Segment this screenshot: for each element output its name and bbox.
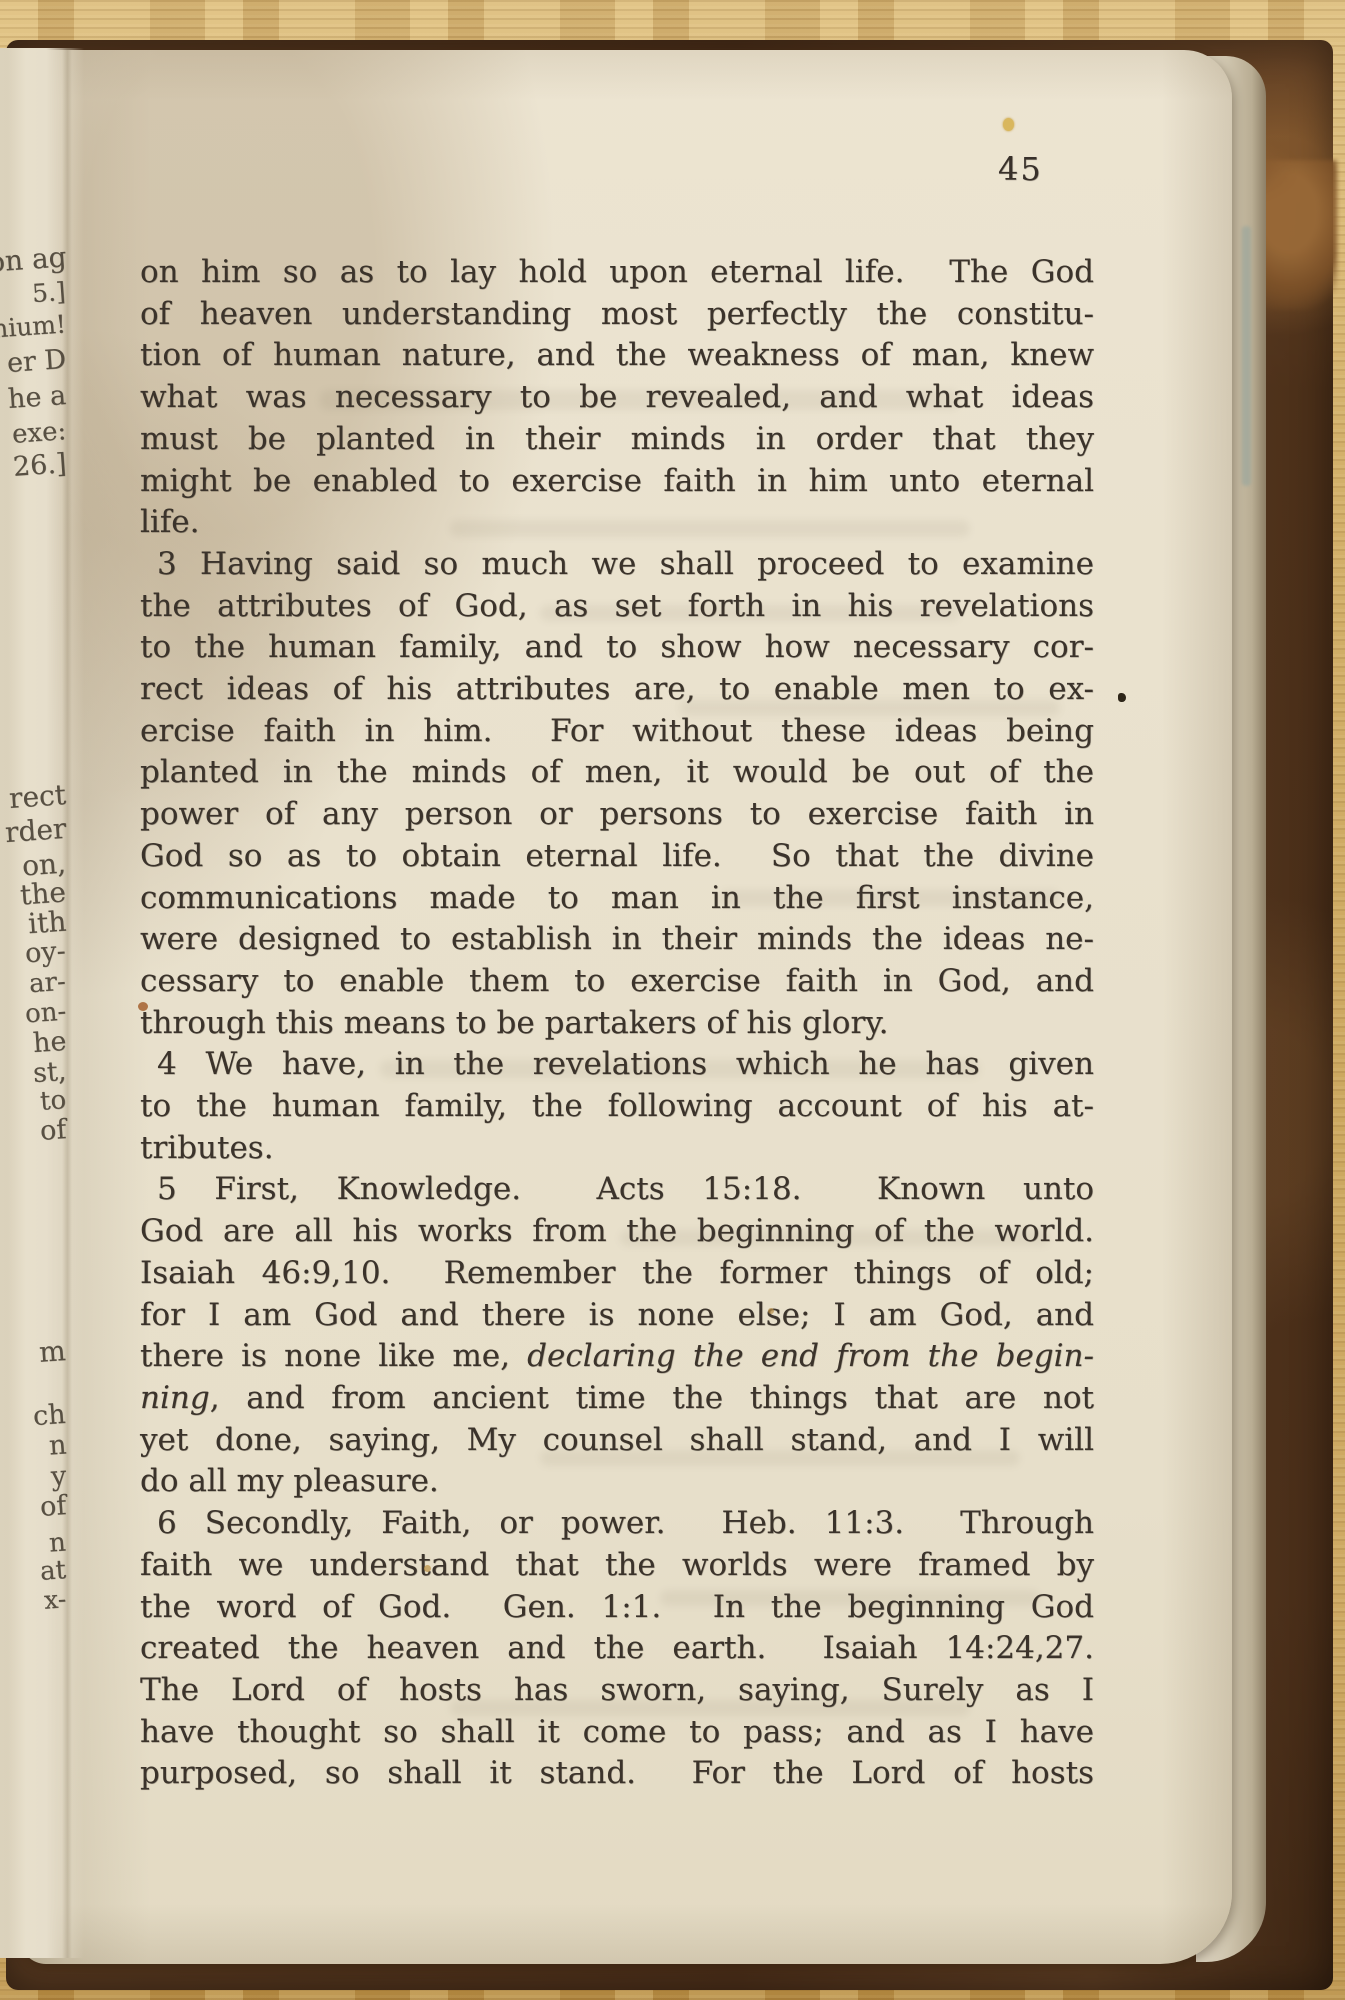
text-line: ning, and from ancient time the things t…	[140, 1378, 1094, 1420]
text-segment: for I am God and there is none else; I a…	[140, 1297, 1094, 1333]
text-line: power of any person or persons to exerci…	[140, 794, 1094, 836]
margin-text-fragment: n	[48, 1429, 68, 1461]
margin-text-fragment: n	[48, 1527, 67, 1558]
paper-speck	[1003, 118, 1014, 131]
text-segment: purposed, so shall it stand. For the Lor…	[140, 1755, 1094, 1791]
text-segment: God are all his works from the beginning…	[140, 1213, 1094, 1249]
text-segment: on him so as to lay hold upon eternal li…	[140, 254, 1094, 290]
text-segment: planted in the minds of men, it would be…	[140, 754, 1094, 790]
text-segment: tributes.	[140, 1130, 274, 1166]
text-line: for I am God and there is none else; I a…	[140, 1295, 1094, 1337]
text-segment: of heaven understanding most perfectly t…	[140, 296, 1094, 332]
margin-text-fragment: rect	[8, 778, 67, 815]
text-line: to the human family, and to show how nec…	[140, 627, 1094, 669]
text-line: yet done, saying, My counsel shall stand…	[140, 1420, 1094, 1462]
text-line: God so as to obtain eternal life. So tha…	[140, 836, 1094, 878]
text-segment: do all my pleasure.	[140, 1463, 439, 1499]
margin-text-fragment: of	[39, 1490, 67, 1523]
margin-text-fragment: m	[38, 1334, 67, 1369]
text-segment: must be planted in their minds in order …	[140, 421, 1094, 457]
text-line: 4 We have, in the revelations which he h…	[140, 1044, 1094, 1086]
text-segment: communications made to man in the first …	[140, 880, 1094, 916]
text-line: the word of God. Gen. 1:1. In the beginn…	[140, 1587, 1094, 1629]
margin-text-fragment: x-	[43, 1584, 67, 1614]
text-line: rect ideas of his attributes are, to ena…	[140, 669, 1094, 711]
text-segment: 5 First, Knowledge. Acts 15:18. Known un…	[157, 1171, 1094, 1207]
text-segment: , and from ancient time the things that …	[210, 1380, 1094, 1416]
text-line: 5 First, Knowledge. Acts 15:18. Known un…	[140, 1169, 1094, 1211]
margin-text-fragment: on-	[24, 997, 67, 1030]
text-line: faith we understand that the worlds were…	[140, 1545, 1094, 1587]
book-page: 45 on him so as to lay hold upon eternal…	[20, 50, 1232, 1964]
margin-text-fragment: he a	[7, 380, 67, 415]
text-segment: created the heaven and the earth. Isaiah…	[140, 1630, 1094, 1666]
page-text: on him so as to lay hold upon eternal li…	[140, 252, 1094, 1795]
text-segment: ercise faith in him. For without these i…	[140, 713, 1094, 749]
text-segment: what was necessary to be revealed, and w…	[140, 379, 1094, 415]
text-segment: 3 Having said so much we shall proceed t…	[157, 546, 1094, 582]
text-segment: to the human family, the following accou…	[140, 1088, 1094, 1124]
text-line: might be enabled to exercise faith in hi…	[140, 461, 1094, 503]
book-photo: 45 on him so as to lay hold upon eternal…	[0, 0, 1345, 2000]
text-segment: the attributes of God, as set forth in h…	[140, 588, 1094, 624]
text-line: on him so as to lay hold upon eternal li…	[140, 252, 1094, 294]
text-segment: tion of human nature, and the weakness o…	[140, 337, 1094, 373]
text-segment: there is none like me,	[140, 1338, 527, 1374]
text-line: what was necessary to be revealed, and w…	[140, 377, 1094, 419]
text-line: communications made to man in the first …	[140, 878, 1094, 920]
text-line: must be planted in their minds in order …	[140, 419, 1094, 461]
text-line: have thought so shall it come to pass; a…	[140, 1712, 1094, 1754]
text-line: Isaiah 46:9,10. Remember the former thin…	[140, 1253, 1094, 1295]
text-line: planted in the minds of men, it would be…	[140, 752, 1094, 794]
text-segment: to the human family, and to show how nec…	[140, 629, 1094, 665]
margin-text-fragment: er D	[6, 344, 67, 379]
text-line: The Lord of hosts has sworn, saying, Sur…	[140, 1670, 1094, 1712]
text-line: do all my pleasure.	[140, 1461, 1094, 1503]
margin-text-fragment: exe:	[11, 416, 67, 450]
margin-text-fragment: he	[32, 1026, 67, 1059]
ink-speck	[1118, 693, 1126, 702]
text-segment: The Lord of hosts has sworn, saying, Sur…	[140, 1672, 1094, 1708]
italic-text-segment: declaring the end from the begin-	[527, 1338, 1094, 1374]
text-line: of heaven understanding most perfectly t…	[140, 294, 1094, 336]
text-line: 6 Secondly, Faith, or power. Heb. 11:3. …	[140, 1503, 1094, 1545]
text-line: through this means to be partakers of hi…	[140, 1003, 1094, 1045]
page-stack-edge-line	[1242, 226, 1251, 486]
margin-text-fragment: 5.]	[31, 277, 67, 308]
text-segment: life.	[140, 504, 200, 540]
margin-text-fragment: ch	[32, 1399, 67, 1432]
text-line: purposed, so shall it stand. For the Lor…	[140, 1753, 1094, 1795]
text-segment: Isaiah 46:9,10. Remember the former thin…	[140, 1255, 1094, 1291]
text-line: the attributes of God, as set forth in h…	[140, 586, 1094, 628]
text-segment: yet done, saying, My counsel shall stand…	[140, 1422, 1094, 1458]
margin-text-fragment: at	[39, 1555, 67, 1587]
text-segment: the word of God. Gen. 1:1. In the beginn…	[140, 1589, 1094, 1625]
italic-text-segment: ning	[140, 1380, 210, 1416]
text-line: life.	[140, 502, 1094, 544]
margin-text-fragment: to	[39, 1085, 67, 1117]
text-segment: rect ideas of his attributes are, to ena…	[140, 671, 1094, 707]
text-line: were designed to establish in their mind…	[140, 919, 1094, 961]
margin-text-fragment: st,	[32, 1056, 67, 1089]
text-line: God are all his works from the beginning…	[140, 1211, 1094, 1253]
text-line: to the human family, the following accou…	[140, 1086, 1094, 1128]
text-segment: cessary to enable them to exercise faith…	[140, 963, 1094, 999]
text-segment: faith we understand that the worlds were…	[140, 1547, 1094, 1583]
text-line: created the heaven and the earth. Isaiah…	[140, 1628, 1094, 1670]
margin-text-fragment: ar-	[28, 967, 67, 999]
text-segment: were designed to establish in their mind…	[140, 921, 1094, 957]
margin-text-fragment: on ag	[0, 240, 67, 278]
previous-page-edge: on ag5.]nium!er Dhe aexe:26.]rectrderon,…	[0, 48, 84, 1958]
margin-text-fragment: rder	[4, 812, 67, 849]
text-line: ercise faith in him. For without these i…	[140, 711, 1094, 753]
text-line: tion of human nature, and the weakness o…	[140, 335, 1094, 377]
margin-text-fragment: y	[50, 1461, 67, 1493]
fox-spot	[768, 1308, 774, 1314]
text-line: 3 Having said so much we shall proceed t…	[140, 544, 1094, 586]
text-segment: God so as to obtain eternal life. So tha…	[140, 838, 1094, 874]
fox-spot	[424, 1565, 431, 1572]
text-line: there is none like me, declaring the end…	[140, 1336, 1094, 1378]
margin-text-fragment: of	[39, 1114, 67, 1147]
text-segment: through this means to be partakers of hi…	[140, 1005, 889, 1041]
margin-text-fragment: oy-	[24, 936, 67, 970]
text-segment: 6 Secondly, Faith, or power. Heb. 11:3. …	[157, 1505, 1094, 1541]
text-segment: power of any person or persons to exerci…	[140, 796, 1094, 832]
margin-text-fragment: 26.]	[11, 448, 67, 483]
text-segment: 4 We have, in the revelations which he h…	[157, 1046, 1094, 1082]
text-line: cessary to enable them to exercise faith…	[140, 961, 1094, 1003]
page-number: 45	[998, 150, 1043, 188]
text-segment: might be enabled to exercise faith in hi…	[140, 463, 1094, 499]
margin-text-fragment: nium!	[0, 309, 67, 343]
text-line: tributes.	[140, 1128, 1094, 1170]
text-segment: have thought so shall it come to pass; a…	[140, 1714, 1094, 1750]
rust-speck	[138, 1002, 148, 1011]
